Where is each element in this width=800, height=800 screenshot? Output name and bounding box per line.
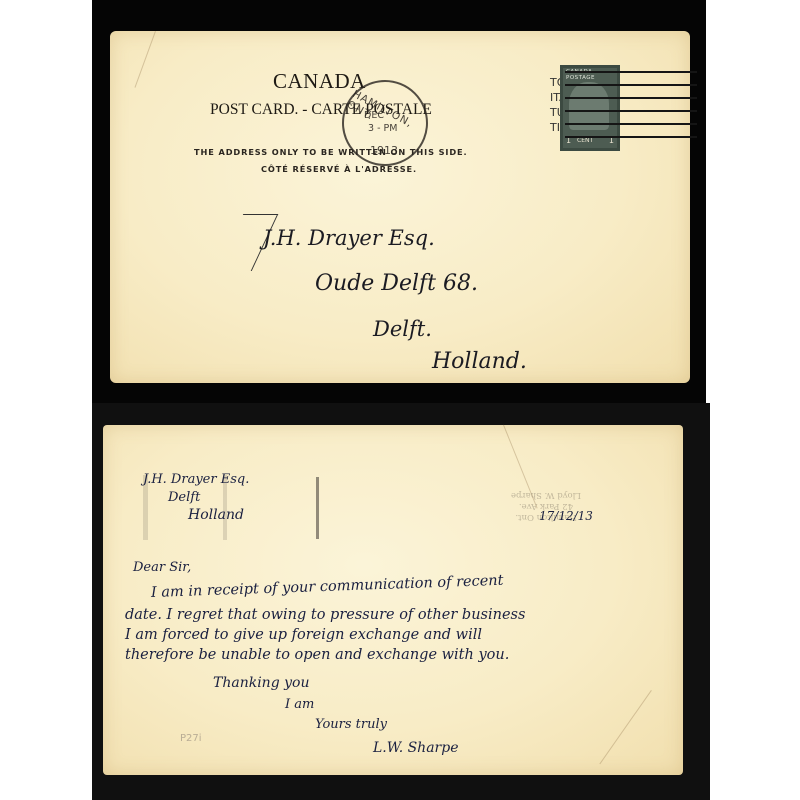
body-line: date. I regret that owing to pressure of… — [125, 607, 525, 623]
postcard-back: Hamilton Ont. 42 Park Ave. Lloyd W. Shar… — [103, 425, 683, 775]
cancel-bar — [565, 123, 697, 125]
address-line-2: Oude Delft 68. — [315, 271, 478, 296]
signature: L.W. Sharpe — [373, 740, 458, 756]
body-line: I am in receipt of your communication of… — [151, 573, 504, 601]
postmark-circle: HAMILTON, ONT. DEC 3 - PM 1913 — [342, 80, 428, 166]
back-address-line-1: J.H. Drayer Esq. — [143, 472, 249, 487]
closing-line: Thanking you — [213, 675, 309, 691]
greeting: Dear Sir, — [133, 560, 191, 575]
address-line-4: Holland. — [432, 349, 527, 374]
letter-date: 17/12/13 — [539, 509, 593, 523]
back-address-line-3: Holland — [188, 507, 244, 523]
postcard-front: CANADA POST CARD. - CARTE POSTALE THE AD… — [110, 31, 690, 383]
postmark-year: 1913 — [370, 144, 398, 157]
postage-stamp: CANADA POSTAGE 1 CENT 1 — [560, 65, 620, 151]
crease-mark — [599, 690, 651, 764]
cancel-bar — [565, 136, 697, 138]
address-line-3: Delft. — [373, 317, 432, 341]
postmark-date: DEC — [364, 110, 384, 121]
postmark-time: 3 - PM — [368, 123, 397, 134]
back-address-line-2: Delft — [168, 490, 200, 505]
instruction-french: CÔTÉ RÉSERVÉ À L'ADRESSE. — [261, 164, 417, 174]
address-line-1: J.H. Drayer Esq. — [263, 226, 435, 250]
cancel-bar — [565, 84, 697, 86]
body-line: therefore be unable to open and exchange… — [125, 647, 509, 663]
country-heading: CANADA — [273, 69, 366, 94]
closing-line: I am — [285, 697, 314, 712]
cancel-bar — [565, 97, 697, 99]
closing-line: Yours truly — [315, 717, 387, 732]
cancel-bar — [565, 110, 697, 112]
crease-mark — [134, 31, 155, 88]
stamp-unit: CENT — [577, 137, 593, 144]
pencil-catalog-note: P27i — [180, 733, 202, 744]
instruction-english: THE ADDRESS ONLY TO BE WRITTEN ON THIS S… — [194, 147, 468, 157]
show-through-mark — [316, 477, 319, 539]
cancel-bar — [565, 71, 697, 73]
body-line: I am forced to give up foreign exchange … — [125, 627, 482, 643]
offset-line: Lloyd W. Sharpe — [511, 489, 581, 500]
